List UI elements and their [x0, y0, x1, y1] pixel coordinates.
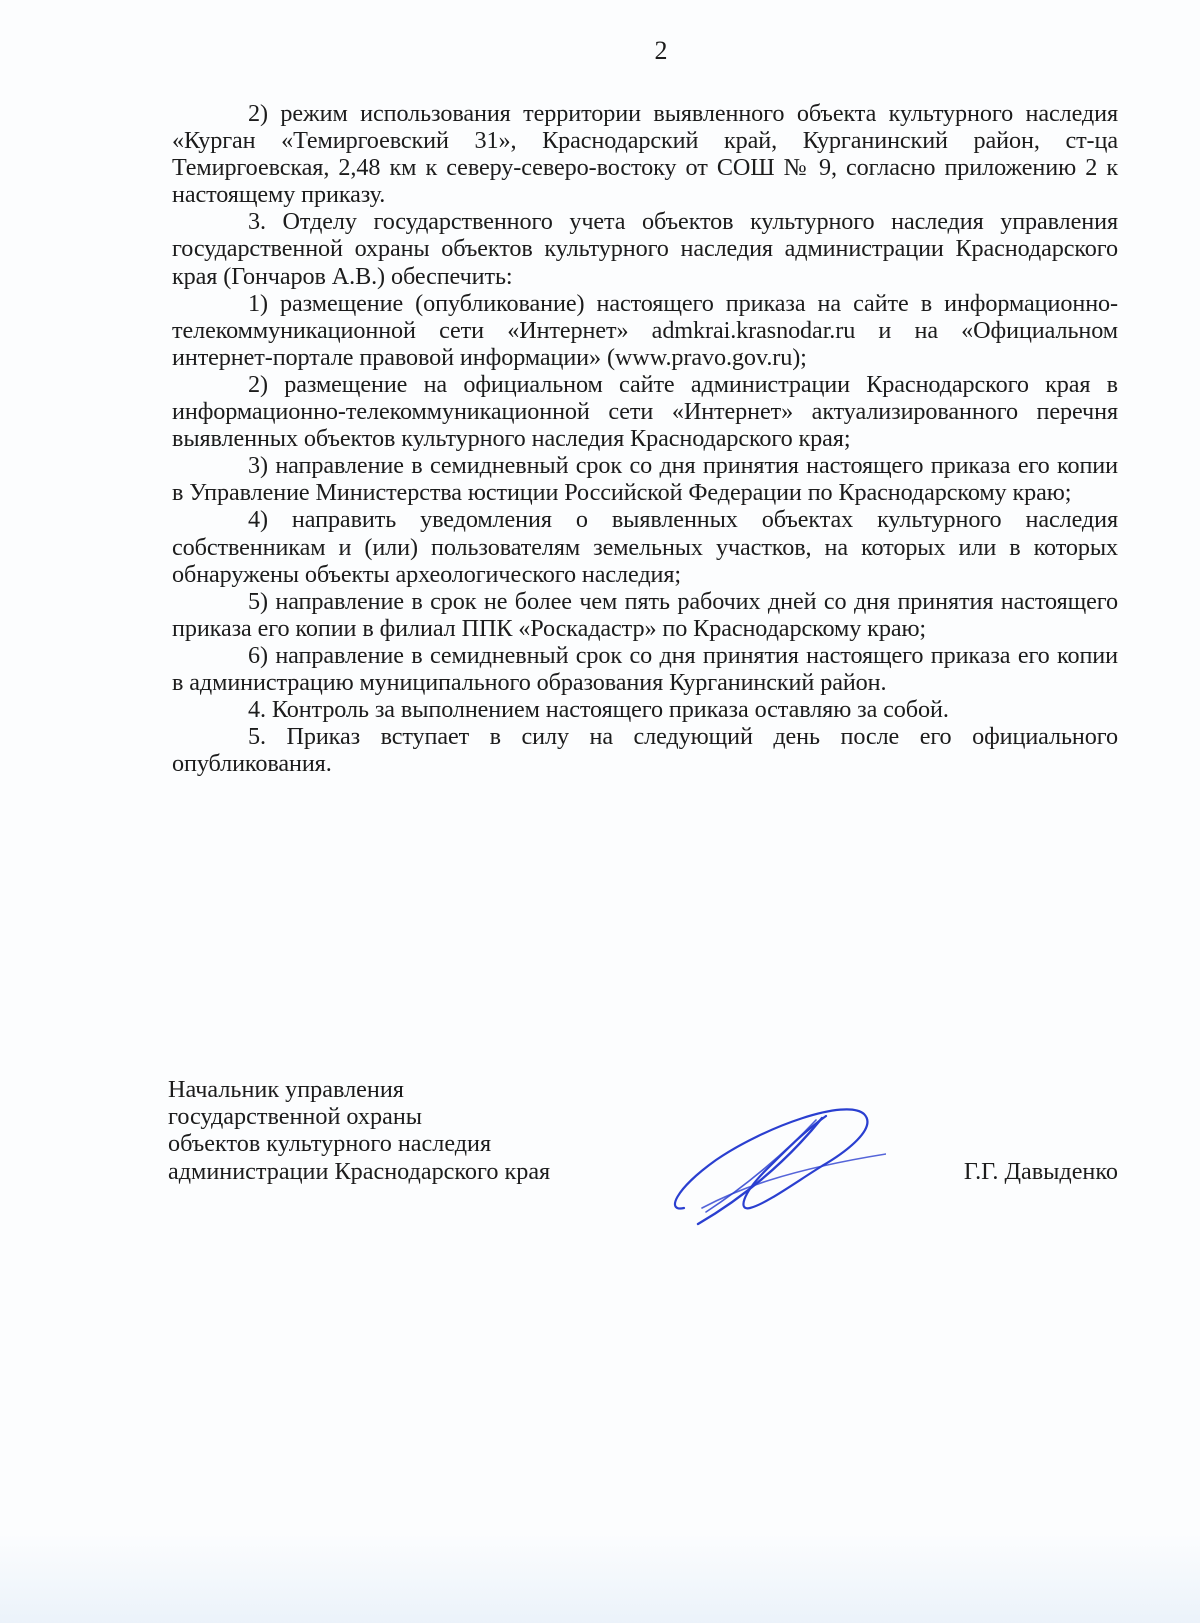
- paragraph-item-3-1: 1) размещение (опубликование) настоящего…: [172, 290, 1118, 371]
- signer-name: Г.Г. Давыденко: [964, 1158, 1118, 1185]
- document-body: 2) режим использования территории выявле…: [172, 100, 1118, 777]
- scan-background-tint: [0, 1533, 1200, 1623]
- paragraph-item-3-4: 4) направить уведомления о выявленных об…: [172, 506, 1118, 587]
- page-number: 2: [0, 36, 1200, 66]
- paragraph-item-3-2: 2) размещение на официальном сайте админ…: [172, 371, 1118, 452]
- paragraph-item-4: 4. Контроль за выполнением настоящего пр…: [172, 696, 1118, 723]
- paragraph-item-3-5: 5) направление в срок не более чем пять …: [172, 588, 1118, 642]
- signer-title-line: объектов культурного наследия: [168, 1130, 550, 1157]
- paragraph-territory-regime: 2) режим использования территории выявле…: [172, 100, 1118, 208]
- signer-title-line: администрации Краснодарского края: [168, 1158, 550, 1185]
- paragraph-item-3: 3. Отделу государственного учета объекто…: [172, 208, 1118, 289]
- signer-title: Начальник управления государственной охр…: [168, 1076, 550, 1185]
- paragraph-item-5: 5. Приказ вступает в силу на следующий д…: [172, 723, 1118, 777]
- handwritten-signature-icon: [646, 1090, 886, 1240]
- signature-block: Начальник управления государственной охр…: [168, 1076, 1118, 1236]
- signer-title-line: государственной охраны: [168, 1103, 550, 1130]
- paragraph-item-3-3: 3) направление в семидневный срок со дня…: [172, 452, 1118, 506]
- signer-title-line: Начальник управления: [168, 1076, 550, 1103]
- paragraph-item-3-6: 6) направление в семидневный срок со дня…: [172, 642, 1118, 696]
